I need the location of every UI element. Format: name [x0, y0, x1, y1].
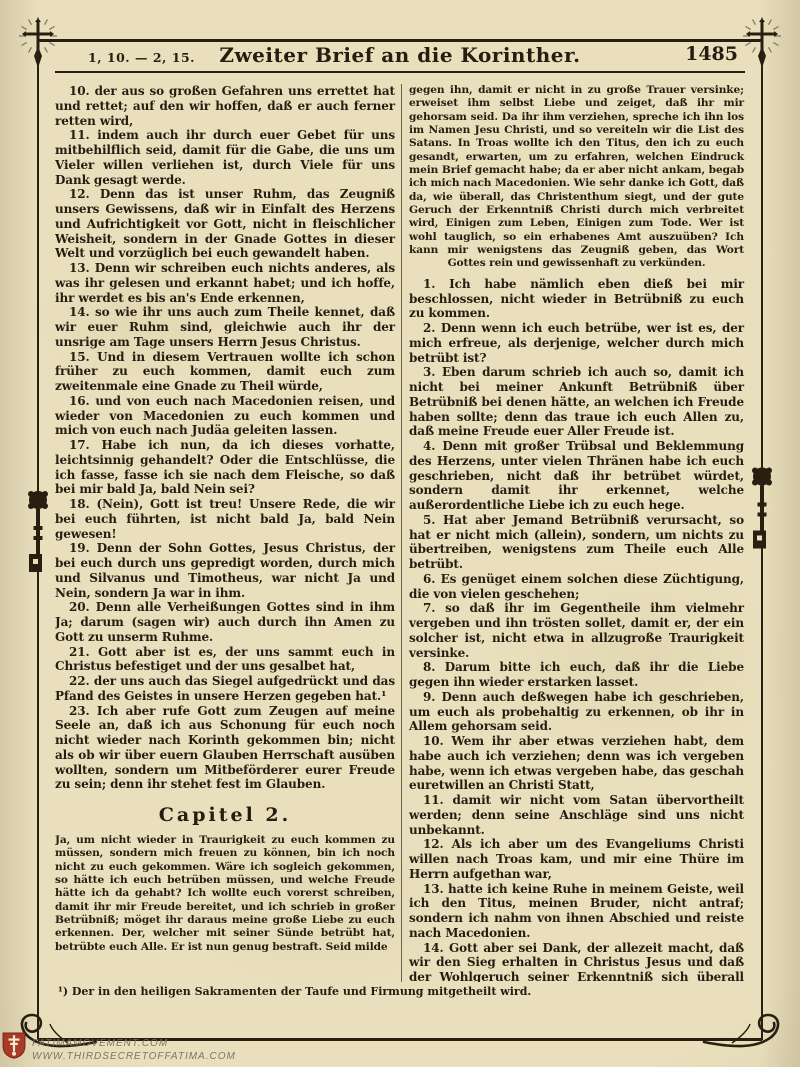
verse: 23. Ich aber rufe Gott zum Zeugen auf me… [55, 704, 395, 793]
verse-number: 12. [69, 187, 100, 201]
verse: 12. Denn das ist unser Ruhm, das Zeugniß… [55, 187, 395, 261]
verse: 13. Denn wir schreiben euch nichts ander… [55, 261, 395, 305]
verse-number: 4. [423, 439, 442, 453]
verse: 9. Denn auch deßwegen habe ich geschrieb… [409, 690, 744, 734]
verse-number: 20. [69, 600, 96, 614]
verse-number: 18. [69, 497, 96, 511]
verse-number: 16. [69, 394, 95, 408]
verse: 14. Gott aber sei Dank, der allezeit mac… [409, 941, 744, 982]
verse: 14. so wie ihr uns auch zum Theile kenne… [55, 305, 395, 349]
page-number: 1485 [685, 43, 738, 65]
chapter2-summary: Ja, um nicht wieder in Traurigkeit zu eu… [55, 834, 395, 954]
verse-number: 14. [423, 941, 449, 955]
verse-number: 23. [69, 704, 97, 718]
right-column: gegen ihn, damit er nicht in zu große Tr… [409, 84, 744, 982]
key-ornament-icon [27, 488, 49, 578]
chapter2-verses: 1. Ich habe nämlich eben dieß bei mir be… [409, 277, 744, 982]
verse: 18. (Nein), Gott ist treu! Unsere Rede, … [55, 497, 395, 541]
verse-number: 17. [69, 438, 101, 452]
verse-number: 1. [423, 277, 449, 291]
chapter2-summary-continued: gegen ihn, damit er nicht in zu große Tr… [409, 84, 744, 271]
footnote: ¹) Der in den heiligen Sakramenten der T… [58, 985, 531, 998]
column-divider-rule [401, 84, 402, 982]
verse: 22. der uns auch das Siegel aufgedrückt … [55, 674, 395, 704]
verse-number: 13. [69, 261, 95, 275]
verse-number: 13. [423, 882, 448, 896]
verse: 15. Und in diesem Vertrauen wollte ich s… [55, 350, 395, 394]
verse-number: 3. [423, 365, 442, 379]
verse-number: 10. [69, 84, 95, 98]
verse-number: 22. [69, 674, 94, 688]
watermark: FATIMAMOVEMENT.COM WWW.THIRDSECRETOFFATI… [2, 1030, 236, 1063]
watermark-text: FATIMAMOVEMENT.COM WWW.THIRDSECRETOFFATI… [32, 1030, 236, 1063]
verse-number: 2. [423, 321, 441, 335]
verse-number: 12. [423, 837, 452, 851]
page-body: 10. der aus so großen Gefahren uns erret… [55, 84, 745, 982]
watermark-line1: FATIMAMOVEMENT.COM [32, 1038, 236, 1051]
verse: 21. Gott aber ist es, der uns sammt euch… [55, 645, 395, 675]
verse: 3. Eben darum schrieb ich auch so, damit… [409, 365, 744, 439]
verse: 11. indem auch ihr durch euer Gebet für … [55, 128, 395, 187]
verse: 10. Wem ihr aber etwas verziehen habt, d… [409, 734, 744, 793]
verse: 17. Habe ich nun, da ich dieses vorhatte… [55, 438, 395, 497]
verse-number: 11. [69, 128, 97, 142]
verse: 11. damit wir nicht vom Satan übervorthe… [409, 793, 744, 837]
chapter1-verses: 10. der aus so großen Gefahren uns erret… [55, 84, 395, 792]
verse: 16. und von euch nach Macedonien reisen,… [55, 394, 395, 438]
verse-number: 10. [423, 734, 451, 748]
verse-number: 21. [69, 645, 98, 659]
verse: 19. Denn der Sohn Gottes, Jesus Christus… [55, 541, 395, 600]
verse-number: 8. [423, 660, 445, 674]
verse-number: 5. [423, 513, 443, 527]
page-title: Zweiter Brief an die Korinther. [0, 43, 800, 67]
chapter-heading: Capitel 2. [55, 804, 395, 826]
verse-number: 9. [423, 690, 441, 704]
left-column: 10. der aus so großen Gefahren uns erret… [55, 84, 395, 982]
verse: 10. der aus so großen Gefahren uns erret… [55, 84, 395, 128]
verse-number: 19. [69, 541, 97, 555]
verse-number: 14. [69, 305, 95, 319]
verse: 12. Als ich aber um des Evangeliums Chri… [409, 837, 744, 881]
key-ornament-icon [751, 462, 773, 557]
verse: 20. Denn alle Verheißungen Gottes sind i… [55, 600, 395, 644]
verse: 13. hatte ich keine Ruhe in meinem Geist… [409, 882, 744, 941]
verse: 7. so daß ihr im Gegentheile ihm vielmeh… [409, 601, 744, 660]
scroll-ornament-icon [702, 1008, 792, 1054]
frame-top-rule [38, 39, 762, 42]
verse: 2. Denn wenn ich euch betrübe, wer ist e… [409, 321, 744, 365]
verse-number: 7. [423, 601, 445, 615]
watermark-line2: WWW.THIRDSECRETOFFATIMA.COM [32, 1051, 236, 1064]
watermark-shield-icon [2, 1030, 26, 1060]
verse: 5. Hat aber Jemand Betrübniß verursacht,… [409, 513, 744, 572]
verse: 4. Denn mit großer Trübsal und Beklemmun… [409, 439, 744, 513]
verse: 8. Darum bitte ich euch, daß ihr die Lie… [409, 660, 744, 690]
verse-number: 6. [423, 572, 441, 586]
verse-number: 15. [69, 350, 97, 364]
verse: 1. Ich habe nämlich eben dieß bei mir be… [409, 277, 744, 321]
header-divider-rule [55, 71, 745, 73]
verse-number: 11. [423, 793, 453, 807]
verse: 6. Es genüget einem solchen diese Züchti… [409, 572, 744, 602]
